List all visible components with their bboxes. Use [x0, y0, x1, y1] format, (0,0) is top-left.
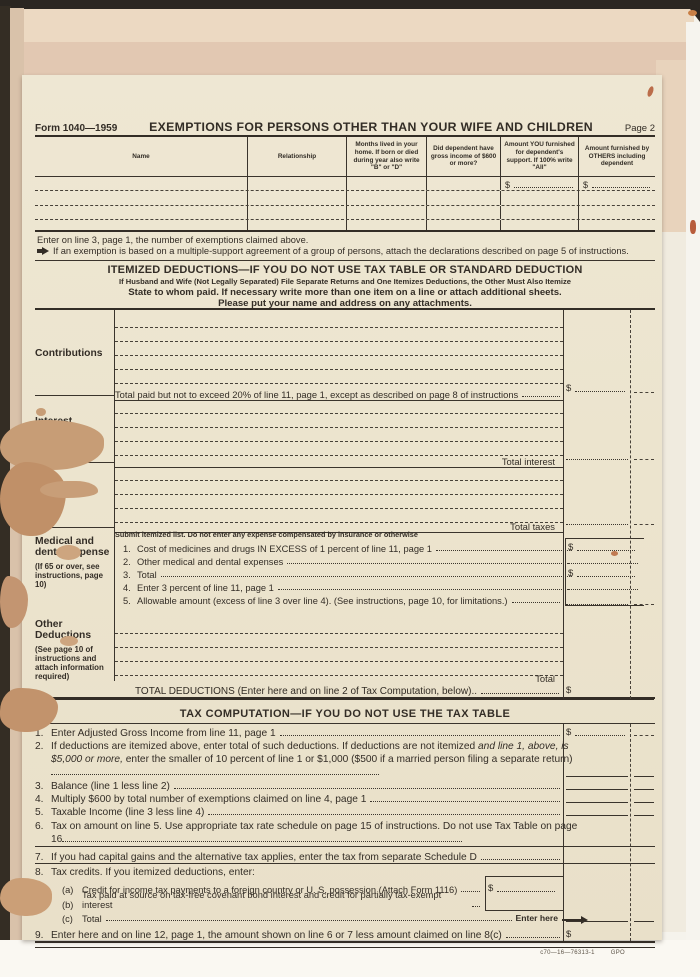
col-gross-income: Did dependent have gross income of $600 …	[426, 137, 500, 176]
scan-border-top	[0, 0, 700, 9]
writing-line	[115, 399, 563, 414]
paper-damage-patch	[0, 420, 104, 470]
writing-line	[115, 634, 563, 648]
tax-line-9: 9. Enter here and on line 12, page 1, th…	[35, 924, 655, 941]
enter-here-label: Enter here	[515, 913, 558, 923]
cents-field	[634, 524, 654, 525]
print-code: c70—16—76313-1 GPO	[35, 948, 655, 956]
paper-damage-patch	[56, 545, 81, 560]
exemptions-table-header: Name Relationship Months lived in your h…	[35, 137, 655, 177]
paper-stack-edge	[14, 42, 694, 78]
table-row	[35, 220, 655, 230]
table-row: $ $	[35, 177, 655, 191]
tax-line-8c: (c) Total Enter here	[35, 910, 655, 924]
medical-item-1: 1. Cost of medicines and drugs IN EXCESS…	[115, 541, 655, 554]
tax-line-4: 4. Multiply $600 by total number of exem…	[35, 792, 655, 805]
writing-line	[115, 414, 563, 428]
interest-section: Interest Total interest	[35, 396, 655, 463]
contributions-amount-field: $	[566, 383, 628, 394]
paper-stack-edge	[658, 232, 688, 932]
paper-stain	[688, 10, 697, 16]
page-title: EXEMPTIONS FOR PERSONS OTHER THAN YOUR W…	[117, 120, 625, 134]
tax-line-8c-amount	[566, 921, 628, 922]
tax-line-6: 6.Tax on amount on line 5. Use appropria…	[35, 818, 655, 847]
amount-column-rule	[563, 724, 564, 941]
cents-line	[634, 815, 654, 816]
writing-line	[115, 466, 563, 481]
tax-line-8a-amount: $	[488, 883, 558, 894]
other-deductions-section: Other Deductions (See page 10 of instruc…	[35, 617, 655, 681]
tax-line-3: 3. Balance (line 1 less line 2)	[35, 779, 655, 792]
paper-damage-patch	[0, 878, 52, 916]
page-bottom-rule	[35, 941, 655, 948]
amount-you-field: $	[500, 177, 578, 190]
exemptions-table: Name Relationship Months lived in your h…	[35, 137, 655, 232]
tax-line-6-amount	[566, 846, 628, 847]
tax-computation-heading: TAX COMPUTATION—IF YOU DO NOT USE THE TA…	[35, 701, 655, 724]
contributions-label: Contributions	[35, 310, 115, 396]
taxes-amount-field	[566, 524, 628, 525]
page-header: Form 1040—1959 EXEMPTIONS FOR PERSONS OT…	[35, 115, 655, 137]
itemized-subtitle-3: Please put your name and address on any …	[35, 298, 655, 309]
cents-line	[634, 846, 654, 847]
cents-line	[634, 789, 654, 790]
taxes-section: Taxes Total taxes	[35, 463, 655, 528]
tax-line-7: 7. If you had capital gains and the alte…	[35, 847, 655, 864]
tax-line-2-amount	[566, 776, 628, 777]
writing-line	[115, 328, 563, 342]
medical-item-3: 3. Total $	[115, 567, 655, 580]
medical-amount-3: $	[568, 568, 638, 579]
itemized-subtitle-2: State to whom paid. If necessary write m…	[35, 287, 655, 298]
medical-amount-1: $	[568, 542, 638, 553]
paper-stain	[611, 551, 618, 556]
writing-line	[115, 370, 563, 384]
cents-field	[634, 459, 654, 460]
arrow-icon	[37, 247, 49, 255]
interest-amount-field	[566, 459, 628, 460]
cents-field	[634, 604, 654, 605]
amount-column-rule	[563, 310, 564, 699]
tax-line-3-amount	[566, 789, 628, 790]
col-name: Name	[35, 137, 247, 176]
tax-line-4-amount	[566, 802, 628, 803]
writing-line	[115, 481, 563, 495]
cents-line	[634, 802, 654, 803]
total-deductions-row: TOTAL DEDUCTIONS (Enter here and on line…	[35, 681, 655, 699]
paper-damage-patch	[40, 481, 98, 498]
col-months-lived: Months lived in your home. If born or di…	[346, 137, 426, 176]
total-deductions-amount-field: $	[566, 685, 628, 696]
scan-background	[686, 22, 700, 942]
leader-dots	[51, 767, 379, 775]
tax-line-1: 1. Enter Adjusted Gross Income from line…	[35, 724, 655, 739]
writing-line	[115, 428, 563, 442]
itemized-subtitle-1: If Husband and Wife (Not Legally Separat…	[35, 277, 655, 286]
paper-damage-patch	[60, 636, 78, 646]
tax-line-2: 2.If deductions are itemized above, ente…	[35, 739, 655, 779]
cents-column-rule	[630, 724, 631, 941]
cents-line	[634, 863, 654, 864]
medical-item-5: 5. Allowable amount (excess of line 3 ov…	[115, 593, 563, 606]
other-deductions-sublabel: (See page 10 of instructions and attach …	[35, 645, 112, 681]
table-row	[35, 206, 655, 220]
form-page: Form 1040—1959 EXEMPTIONS FOR PERSONS OT…	[22, 75, 662, 940]
tax-line-9-amount: $	[566, 929, 628, 940]
page-number-label: Page 2	[625, 123, 655, 134]
tax-line-5: 5. Taxable Income (line 3 less line 4)	[35, 805, 655, 818]
tax-line-1-amount: $	[566, 727, 628, 738]
note-line-2: If an exemption is based on a multiple-s…	[37, 246, 655, 256]
tax-line-7-amount	[566, 863, 628, 864]
writing-line	[115, 342, 563, 356]
writing-line	[115, 662, 563, 676]
itemized-deductions-body: Contributions Total paid but not to exce…	[35, 310, 655, 699]
medical-amount-4	[568, 589, 638, 590]
paper-damage-patch	[36, 408, 46, 416]
tax-computation-body: 1. Enter Adjusted Gross Income from line…	[35, 724, 655, 941]
paper-stain	[690, 220, 696, 234]
col-amount-you: Amount YOU furnished for dependent's sup…	[500, 137, 578, 176]
medical-section: Medical and dental expense (If 65 or ove…	[35, 528, 655, 617]
cents-field	[634, 392, 654, 393]
cents-field	[634, 735, 654, 736]
table-row	[35, 191, 655, 206]
medical-allowable-amount-field	[566, 604, 628, 605]
col-relationship: Relationship	[247, 137, 346, 176]
note-line-1: Enter on line 3, page 1, the number of e…	[37, 235, 655, 245]
leader-dots	[62, 834, 462, 842]
writing-line	[115, 509, 563, 523]
contributions-section: Contributions Total paid but not to exce…	[35, 310, 655, 396]
writing-line	[115, 313, 563, 328]
amount-others-field: $	[578, 177, 655, 190]
other-deductions-label: Other Deductions (See page 10 of instruc…	[35, 617, 115, 681]
cents-line	[634, 921, 654, 922]
medical-label: Medical and dental expense (If 65 or ove…	[35, 528, 115, 617]
writing-line	[115, 356, 563, 370]
medical-sublabel: (If 65 or over, see instructions, page 1…	[35, 562, 112, 589]
col-amount-others: Amount furnished by OTHERS including dep…	[578, 137, 655, 176]
writing-line	[115, 495, 563, 509]
itemized-title: ITEMIZED DEDUCTIONS—IF YOU DO NOT USE TA…	[35, 264, 655, 276]
writing-line	[115, 648, 563, 662]
writing-line	[115, 442, 563, 456]
cents-column-rule	[630, 310, 631, 699]
medical-amount-2	[568, 563, 638, 564]
writing-line	[115, 620, 563, 634]
itemized-deductions-heading: ITEMIZED DEDUCTIONS—IF YOU DO NOT USE TA…	[35, 261, 655, 310]
cents-line	[634, 776, 654, 777]
tax-line-5-amount	[566, 815, 628, 816]
exemption-notes: Enter on line 3, page 1, the number of e…	[35, 232, 655, 261]
form-number: Form 1040—1959	[35, 123, 117, 134]
